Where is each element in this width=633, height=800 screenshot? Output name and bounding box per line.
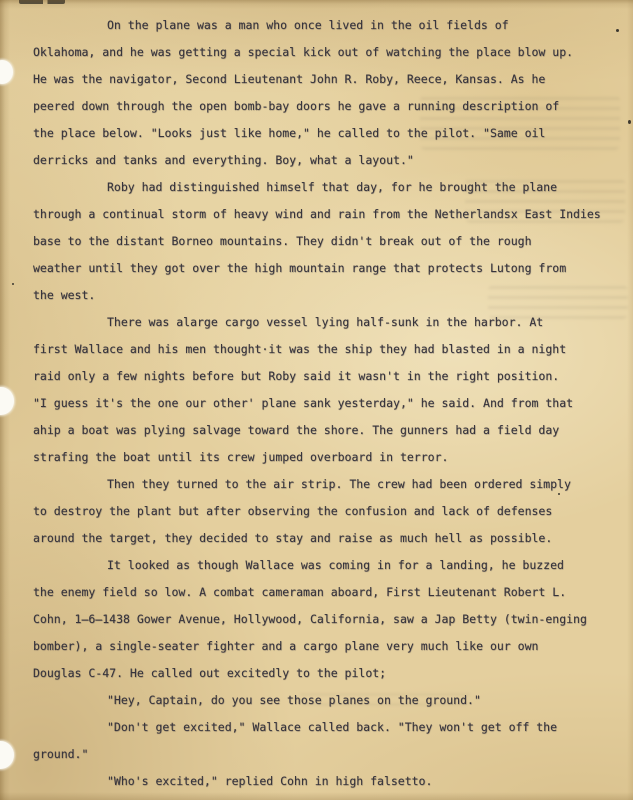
typewritten-line: ground.": [33, 741, 615, 768]
typewritten-line: Douglas C-47. He called out excitedly to…: [33, 660, 615, 687]
typewritten-line: peered down through the open bomb-bay do…: [33, 93, 615, 120]
typewritten-line: raid only a few nights before but Roby s…: [33, 363, 615, 390]
punch-hole: [0, 741, 14, 769]
punch-hole: [0, 60, 13, 84]
typewritten-line: Oklahoma, and he was getting a special k…: [33, 39, 615, 66]
typewritten-line: base to the distant Borneo mountains. Th…: [33, 228, 615, 255]
typewritten-line: first Wallace and his men thought·it was…: [33, 336, 615, 363]
typewritten-line: ahip a boat was plying salvage toward th…: [33, 417, 615, 444]
typewritten-line: the place below. "Looks just like home,"…: [33, 120, 615, 147]
typewritten-line: "Who's excited," replied Cohn in high fa…: [33, 768, 615, 795]
document-text-block: On the plane was a man who once lived in…: [33, 12, 615, 795]
typewritten-line: strafing the boat until its crew jumped …: [33, 444, 615, 471]
punch-hole: [0, 387, 14, 415]
typewritten-line: "Hey, Captain, do you see those planes o…: [33, 687, 615, 714]
ink-speck: [12, 283, 14, 285]
typewritten-line: to destroy the plant but after observing…: [33, 498, 615, 525]
cut-off-text-fragment: [19, 0, 65, 4]
typewritten-line: Roby had distinguished himself that day,…: [33, 174, 615, 201]
ink-speck: [628, 120, 631, 124]
typewritten-line: "I guess it's the one our other' plane s…: [33, 390, 615, 417]
ink-speck: [616, 29, 619, 32]
ink-speck: [558, 493, 560, 495]
typewritten-line: There was alarge cargo vessel lying half…: [33, 309, 615, 336]
typewritten-line: weather until they got over the high mou…: [33, 255, 615, 282]
typewritten-line: derricks and tanks and everything. Boy, …: [33, 147, 615, 174]
typewritten-line: It looked as though Wallace was coming i…: [33, 552, 615, 579]
typewritten-line: the enemy field so low. A combat cameram…: [33, 579, 615, 606]
typewritten-line: through a continual storm of heavy wind …: [33, 201, 615, 228]
typewritten-line: bomber), a single-seater fighter and a c…: [33, 633, 615, 660]
typewritten-page: On the plane was a man who once lived in…: [0, 0, 633, 800]
typewritten-line: "Don't get excited," Wallace called back…: [33, 714, 615, 741]
typewritten-line: Then they turned to the air strip. The c…: [33, 471, 615, 498]
typewritten-line: He was the navigator, Second Lieutenant …: [33, 66, 615, 93]
typewritten-line: Cohn, 1̶6̶1438 Gower Avenue, Hollywood, …: [33, 606, 615, 633]
typewritten-line: the west.: [33, 282, 615, 309]
typewritten-line: On the plane was a man who once lived in…: [33, 12, 615, 39]
typewritten-line: around the target, they decided to stay …: [33, 525, 615, 552]
